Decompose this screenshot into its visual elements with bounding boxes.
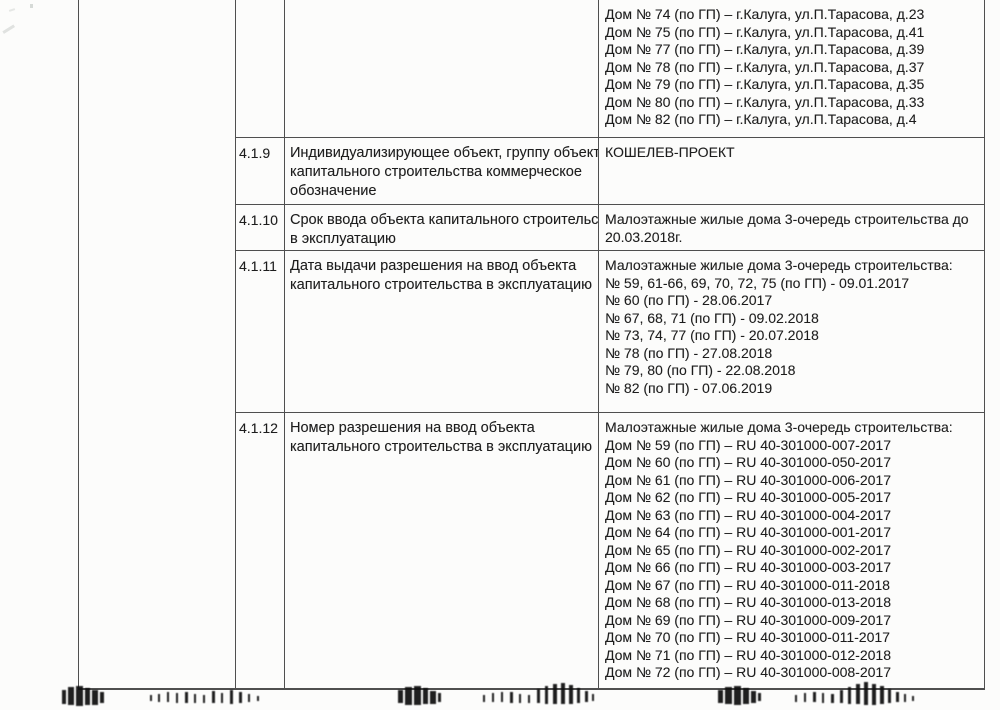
page-bottom-edge-line <box>78 688 985 690</box>
text-line: Дом № 71 (по ГП) – RU 40-301000-012-2018 <box>605 647 978 665</box>
text-line: Дом № 66 (по ГП) – RU 40-301000-003-2017 <box>605 559 978 577</box>
text-line: Дом № 78 (по ГП) – г.Калуга, ул.П.Тарасо… <box>605 59 978 77</box>
text-line: капитального строительства в эксплуатаци… <box>290 438 592 457</box>
text-line: Малоэтажные жилые дома 3-очередь строите… <box>605 211 978 229</box>
row-value-cell: Малоэтажные жилые дома 3-очередь строите… <box>598 251 984 412</box>
table-row-4-1-10: 4.1.10 Срок ввода объекта капитального с… <box>236 204 984 250</box>
text-line: Дом № 68 (по ГП) – RU 40-301000-013-2018 <box>605 594 978 612</box>
row-label-cell: Дата выдачи разрешения на ввод объектака… <box>284 251 598 412</box>
text-line: Дом № 69 (по ГП) – RU 40-301000-009-2017 <box>605 612 978 630</box>
text-line: № 67, 68, 71 (по ГП) - 09.02.2018 <box>605 310 978 328</box>
row-number-cell: 4.1.11 <box>236 251 284 412</box>
text-line: 20.03.2018г. <box>605 229 978 247</box>
text-line: № 73, 74, 77 (по ГП) - 20.07.2018 <box>605 327 978 345</box>
row-value-cell: Малоэтажные жилые дома 3-очередь строите… <box>598 413 984 688</box>
table-row-4-1-11: 4.1.11 Дата выдачи разрешения на ввод об… <box>236 250 984 412</box>
text-line: № 79, 80 (по ГП) - 22.08.2018 <box>605 362 978 380</box>
table-row-4-1-9: 4.1.9 Индивидуализирующее объект, группу… <box>236 137 984 204</box>
row-value-cell: КОШЕЛЕВ-ПРОЕКТ <box>598 138 984 204</box>
text-line: Дом № 60 (по ГП) – RU 40-301000-050-2017 <box>605 454 978 472</box>
scanned-document-page: Дом № 74 (по ГП) – г.Калуга, ул.П.Тарасо… <box>0 0 1000 710</box>
table-row-4-1-12: 4.1.12 Номер разрешения на ввод объектак… <box>236 412 984 688</box>
row-value-cell: Дом № 74 (по ГП) – г.Калуга, ул.П.Тарасо… <box>598 0 984 137</box>
text-line: № 59, 61-66, 69, 70, 72, 75 (по ГП) - 09… <box>605 275 978 293</box>
row-label-cell: Номер разрешения на ввод объектакапиталь… <box>284 413 598 688</box>
table-row-continuation: Дом № 74 (по ГП) – г.Калуга, ул.П.Тарасо… <box>236 0 984 137</box>
text-line: Малоэтажные жилые дома 3-очередь строите… <box>605 257 978 275</box>
text-line: Дом № 62 (по ГП) – RU 40-301000-005-2017 <box>605 489 978 507</box>
text-line: Дом № 59 (по ГП) – RU 40-301000-007-2017 <box>605 437 978 455</box>
text-line: № 60 (по ГП) - 28.06.2017 <box>605 292 978 310</box>
row-number-cell: 4.1.12 <box>236 413 284 688</box>
project-declaration-table: Дом № 74 (по ГП) – г.Калуга, ул.П.Тарасо… <box>235 0 985 688</box>
text-line: Дом № 82 (по ГП) – г.Калуга, ул.П.Тарасо… <box>605 111 978 129</box>
text-line: капитального строительства коммерческое <box>290 163 592 182</box>
text-line: № 82 (по ГП) - 07.06.2019 <box>605 380 978 398</box>
text-line: Номер разрешения на ввод объекта <box>290 419 592 438</box>
text-line: капитального строительства в эксплуатаци… <box>290 276 592 295</box>
row-label-cell <box>284 0 598 137</box>
text-line: Дом № 63 (по ГП) – RU 40-301000-004-2017 <box>605 507 978 525</box>
text-line: Дом № 80 (по ГП) – г.Калуга, ул.П.Тарасо… <box>605 94 978 112</box>
text-line: Индивидуализирующее объект, группу объек… <box>290 144 592 163</box>
text-line: обозначение <box>290 182 592 201</box>
row-value-cell: Малоэтажные жилые дома 3-очередь строите… <box>598 205 984 250</box>
text-line: Дом № 67 (по ГП) – RU 40-301000-011-2018 <box>605 577 978 595</box>
text-line: Дом № 74 (по ГП) – г.Калуга, ул.П.Тарасо… <box>605 6 978 24</box>
text-line: Малоэтажные жилые дома 3-очередь строите… <box>605 419 978 437</box>
text-line: Дом № 64 (по ГП) – RU 40-301000-001-2017 <box>605 524 978 542</box>
text-line: № 78 (по ГП) - 27.08.2018 <box>605 345 978 363</box>
row-label-cell: Индивидуализирующее объект, группу объек… <box>284 138 598 204</box>
text-line: Дом № 72 (по ГП) – RU 40-301000-008-2017 <box>605 664 978 682</box>
corner-speck-marks <box>2 4 33 34</box>
row-number-cell: 4.1.9 <box>236 138 284 204</box>
text-line: Срок ввода объекта капитального строител… <box>290 211 592 230</box>
text-line: Дом № 70 (по ГП) – RU 40-301000-011-2017 <box>605 629 978 647</box>
row-number-cell: 4.1.10 <box>236 205 284 250</box>
row-number-cell <box>236 0 284 137</box>
page-margin-line <box>78 0 79 689</box>
text-line: Дом № 79 (по ГП) – г.Калуга, ул.П.Тарасо… <box>605 76 978 94</box>
text-line: Дом № 65 (по ГП) – RU 40-301000-002-2017 <box>605 542 978 560</box>
text-line: Дом № 77 (по ГП) – г.Калуга, ул.П.Тарасо… <box>605 41 978 59</box>
text-line: Дата выдачи разрешения на ввод объекта <box>290 257 592 276</box>
text-line: в эксплуатацию <box>290 230 592 249</box>
text-line: Дом № 61 (по ГП) – RU 40-301000-006-2017 <box>605 472 978 490</box>
text-line: КОШЕЛЕВ-ПРОЕКТ <box>605 144 978 162</box>
row-label-cell: Срок ввода объекта капитального строител… <box>284 205 598 250</box>
text-line: Дом № 75 (по ГП) – г.Калуга, ул.П.Тарасо… <box>605 24 978 42</box>
